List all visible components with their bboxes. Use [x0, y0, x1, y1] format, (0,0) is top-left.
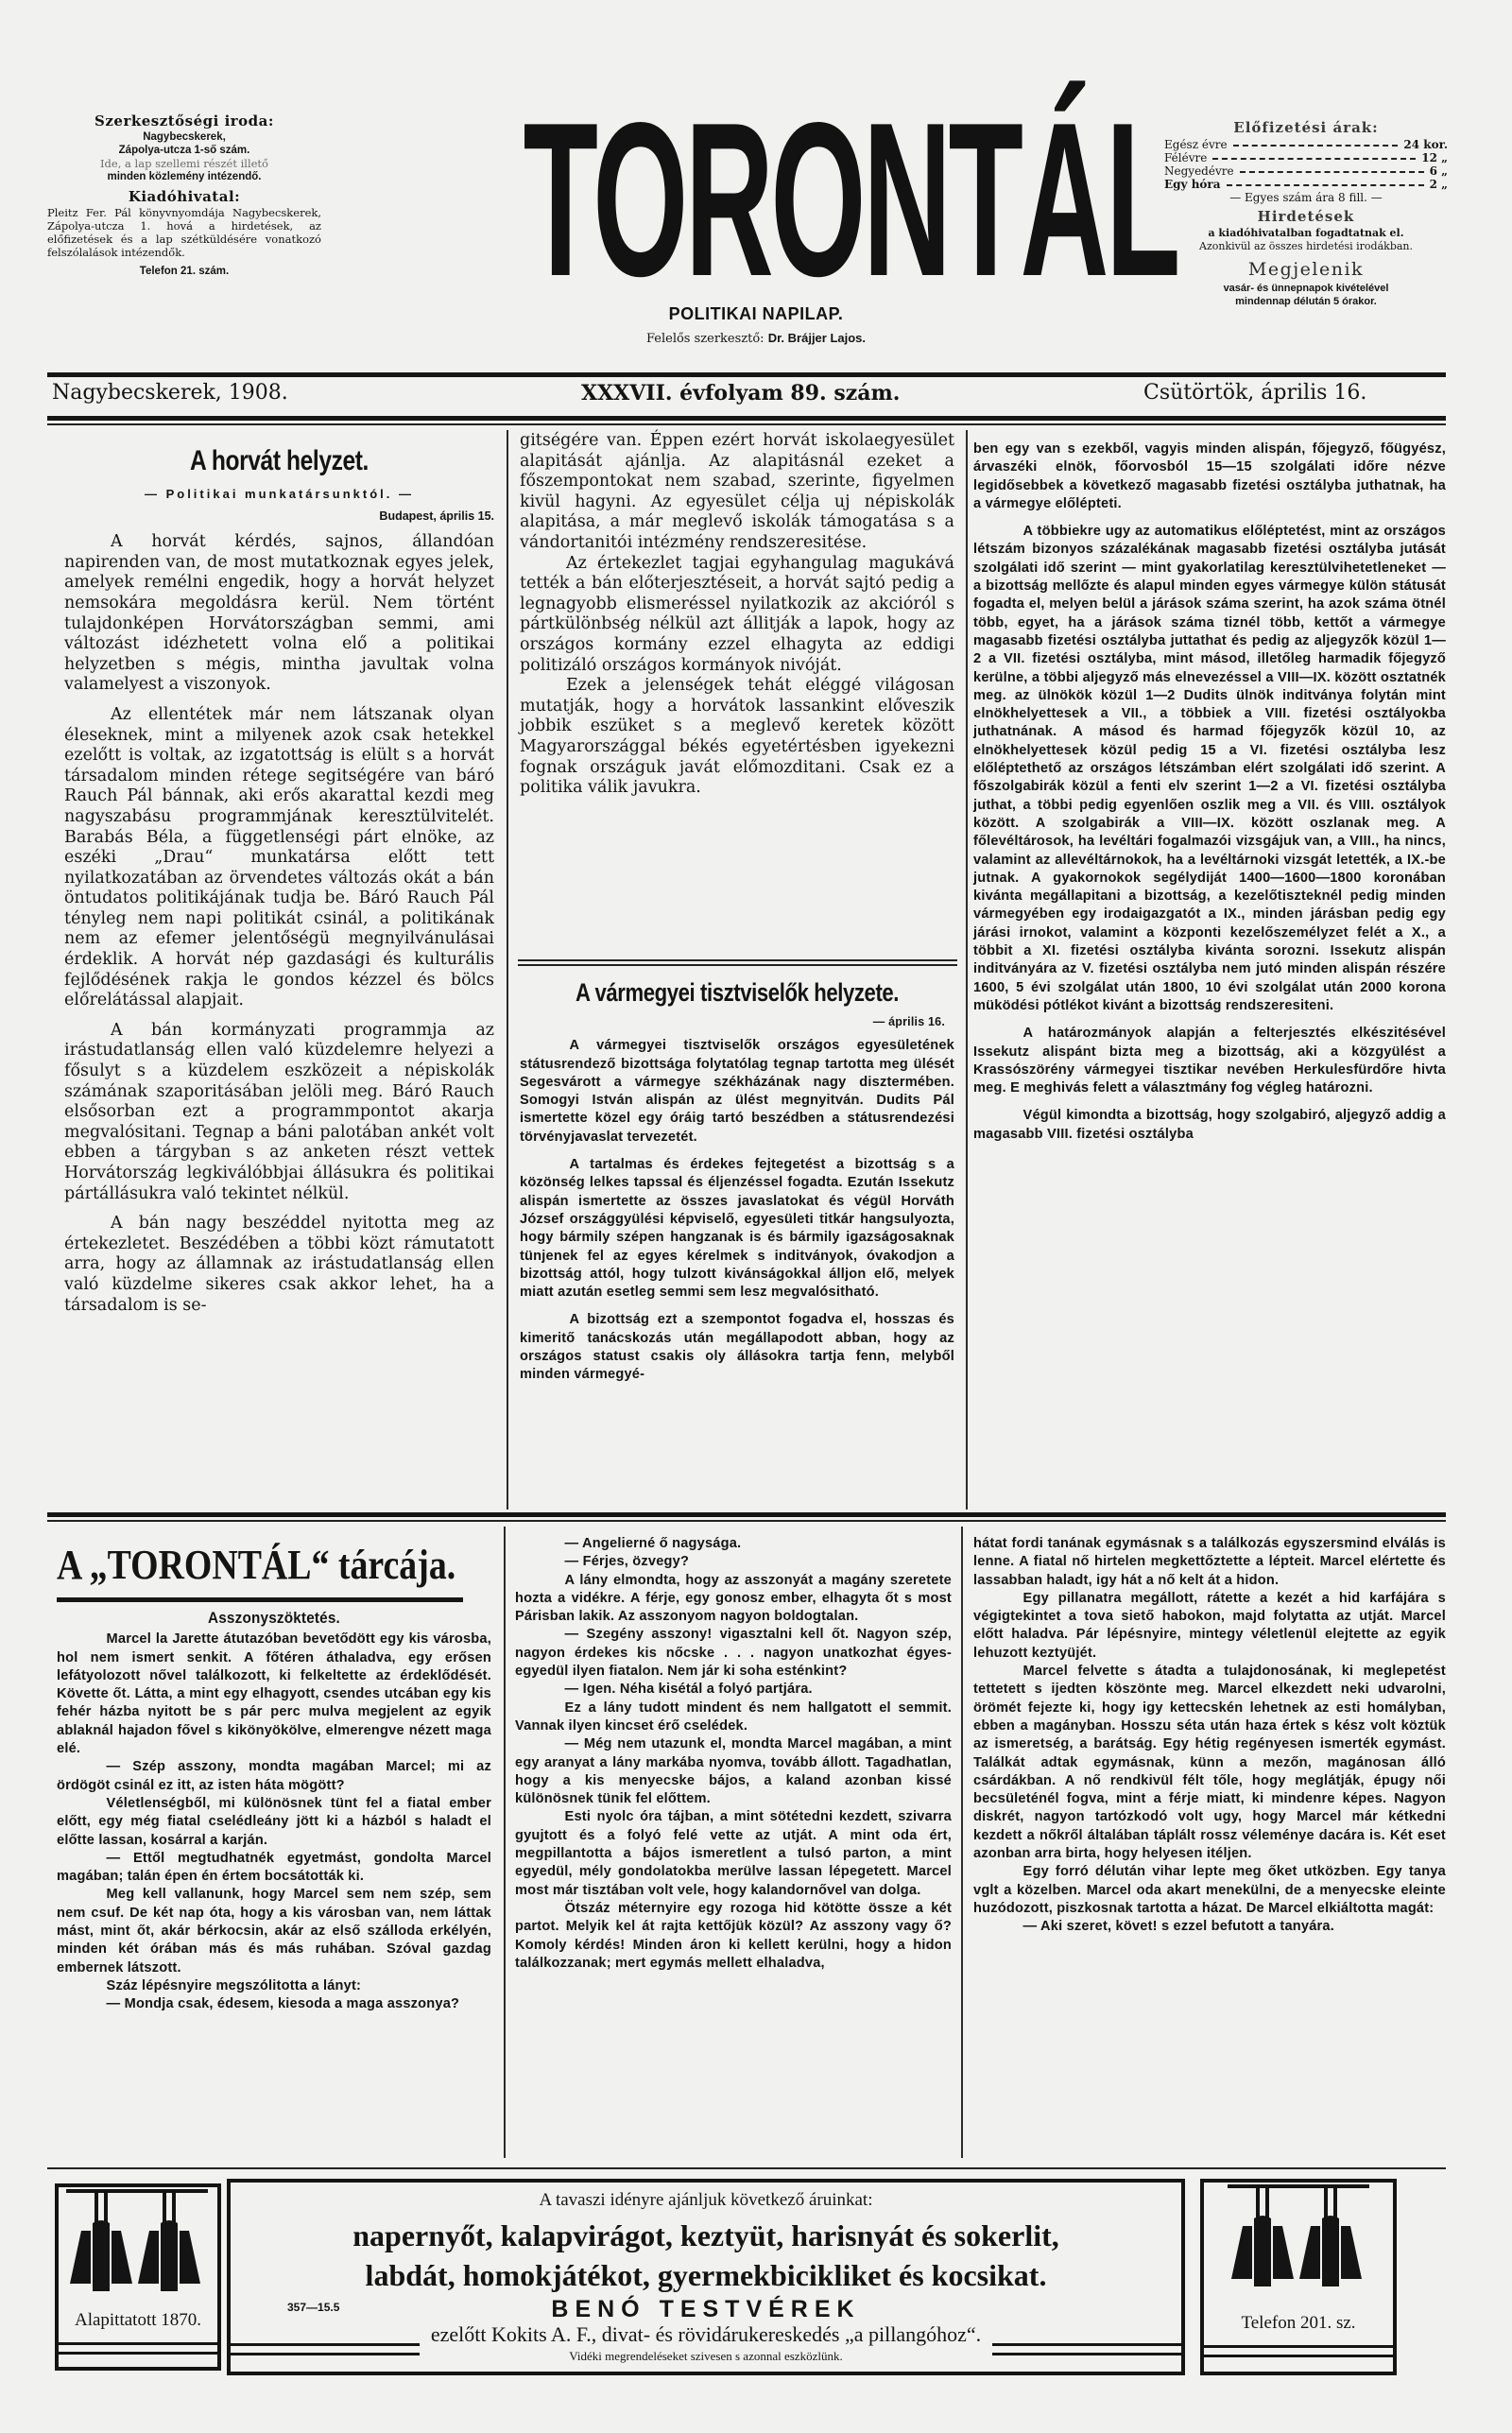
story-paragraph: — Angelierné ő nagysága. — [515, 1535, 952, 1553]
ad-main-panel: A tavaszi idényre ajánljuk következő áru… — [227, 2179, 1185, 2375]
masthead-rule — [47, 372, 1446, 377]
ads-text-2: Azonkivül az összes hirdetési irodákban. — [1164, 240, 1448, 253]
article-dateline: — április 16. — [520, 1013, 945, 1031]
feuilleton-title-rule — [57, 1597, 463, 1602]
article-paragraph: A vármegyei tisztviselők országos egyesü… — [520, 1037, 954, 1147]
prices-title: Előfizetési árak: — [1164, 117, 1448, 138]
story-paragraph: — Szegény asszony! vigasztalni kell őt. … — [515, 1626, 952, 1681]
story-title: Asszonyszöktetés. — [78, 1609, 470, 1627]
ad-footer: Vidéki megrendeléseket szivesen s azonna… — [231, 2349, 1181, 2364]
article-varmegyei-tisztviselok: A vármegyei tisztviselők helyzete. — ápr… — [520, 975, 954, 1385]
publisher-phone: Telefon 21. szám. — [47, 265, 321, 278]
article-paragraph: A határozmányok alapján a felterjesztés … — [973, 1025, 1446, 1097]
article-byline: — Politikai munkatársunktól. — — [64, 484, 494, 505]
ad-intro: A tavaszi idényre ajánljuk következő áru… — [231, 2190, 1181, 2211]
price-label: Negyedévre — [1164, 164, 1234, 178]
article-separator — [518, 964, 957, 966]
story-paragraph: Ötszáz méternyire egy rozoga hid kötötte… — [515, 1900, 952, 1973]
article-headline: A horvát helyzet. — [103, 444, 455, 478]
price-value: 2 „ — [1430, 178, 1448, 191]
ad-top-rule — [47, 2167, 1446, 2169]
story-paragraph: — Igen. Néha kisétál a folyó partjára. — [515, 1681, 952, 1699]
story-paragraph: A lány elmondta, hogy az asszonyát a mag… — [515, 1572, 952, 1627]
editorial-city: Nagybecskerek, — [47, 130, 321, 144]
editorial-address: Zápolya-utcza 1-ső szám. — [47, 144, 321, 157]
editor-line: Felelős szerkesztő: Dr. Brájjer Lajos. — [454, 331, 1058, 346]
article-paragraph: gitségére van. Éppen ezért horvát iskola… — [520, 431, 954, 554]
subscription-box: Előfizetési árak: Egész évre24 kor. Félé… — [1164, 117, 1448, 308]
ad-right-panel: Telefon 201. sz. — [1200, 2179, 1397, 2375]
column-divider — [961, 1527, 963, 2158]
story-paragraph: — Mondja csak, édesem, kiesoda a maga as… — [57, 1995, 491, 2013]
article-paragraph: A többiekre ugy az automatikus előléptet… — [973, 523, 1446, 1015]
newspaper-subtitle: POLITIKAI NAPILAP. — [454, 304, 1058, 324]
story-paragraph: Egy forró délután vihar lepte meg őket u… — [973, 1863, 1446, 1918]
price-value: 24 kor. — [1403, 138, 1448, 151]
article-paragraph: A horvát kérdés, sajnos, állandóan napir… — [64, 532, 494, 696]
ad-telephone: Telefon 201. sz. — [1204, 2313, 1393, 2334]
price-row: Egész évre24 kor. — [1164, 138, 1448, 151]
article-paragraph: Ezek a jelenségek tehát eléggé világosan… — [520, 676, 954, 799]
price-row: Negyedévre6 „ — [1164, 164, 1448, 178]
price-value: 6 „ — [1430, 164, 1448, 178]
publisher-title: Kiadóhivatal: — [47, 187, 321, 206]
appears-text-2: mindennap délután 5 órakor. — [1164, 295, 1448, 308]
article-paragraph: Végül kimondta a bizottság, hogy szolgab… — [973, 1107, 1446, 1144]
feuilleton-column-2: — Angelierné ő nagysága. — Férjes, özveg… — [515, 1535, 952, 1973]
story-paragraph: Ez a lány tudott mindent és nem hallgato… — [515, 1700, 952, 1736]
article-varmegyei-tisztviselok-continued: ben egy van s ezekből, vagyis minden ali… — [973, 440, 1446, 1144]
article-headline: A vármegyei tisztviselők helyzete. — [558, 975, 915, 1009]
dateline-rule — [47, 416, 1446, 421]
dateline-day: Csütörtök, április 16. — [1143, 381, 1366, 405]
story-paragraph: — Férjes, özvegy? — [515, 1553, 952, 1571]
article-paragraph: Az értekezlet tagjai egyhangulag magukáv… — [520, 554, 954, 677]
dateline-volume: XXXVII. évfolyam 89. szám. — [581, 381, 900, 405]
story-paragraph: Száz lépésnyire megszólitotta a lányt: — [57, 1977, 491, 1995]
ads-title: Hirdetések — [1164, 206, 1448, 227]
price-value: 12 „ — [1421, 151, 1448, 164]
ads-text-1: a kiadóhivatalban fogadtatnak el. — [1164, 227, 1448, 240]
tassel-icon — [1228, 2184, 1369, 2288]
story-paragraph: Véletlenségből, mi különösnek tünt fel a… — [57, 1795, 491, 1850]
article-paragraph: A bán nagy beszéddel nyitotta meg az ért… — [64, 1214, 494, 1316]
feuilleton-column-1: Asszonyszöktetés. Marcel la Jarette átut… — [57, 1609, 491, 2014]
story-paragraph: Marcel la Jarette átutazóban bevetődött … — [57, 1631, 491, 1758]
editorial-note-2: minden közlemény intézendő. — [47, 170, 321, 183]
editorial-office-box: Szerkesztőségi iroda: Nagybecskerek, Záp… — [47, 112, 321, 278]
ad-line-1: napernyőt, kalapvirágot, keztyüt, harisn… — [231, 2218, 1181, 2253]
tassel-icon — [66, 2189, 208, 2293]
editorial-note-1: Ide, a lap szellemi részét illető — [47, 157, 321, 170]
article-paragraph: A tartalmas és érdekes fejtegetést a biz… — [520, 1156, 954, 1302]
article-dateline: Budapest, április 15. — [64, 507, 494, 527]
story-paragraph: Esti nyolc óra tájban, a mint sötétedni … — [515, 1808, 952, 1899]
editor-name: Dr. Brájjer Lajos. — [768, 331, 866, 345]
publisher-text: Pleitz Fer. Pál könyvnyomdája Nagybecske… — [47, 206, 321, 259]
dateline-rule-thin — [47, 423, 1446, 425]
story-paragraph: — Szép asszony, mondta magában Marcel; m… — [57, 1758, 491, 1795]
ad-company-name: BENÓ TESTVÉREK — [231, 2296, 1181, 2323]
section-rule — [47, 1512, 1446, 1517]
feuilleton-section-title: A „TORONTÁL“ tárcája. — [57, 1543, 398, 1588]
story-paragraph: Egy pillanatra megállott, rátette a kezé… — [973, 1590, 1446, 1663]
editor-label: Felelős szerkesztő: — [646, 332, 765, 346]
appears-text-1: vasár- és ünnepnapok kivételével — [1164, 282, 1448, 295]
ad-line-2: labdát, homokjátékot, gyermekbicikliket … — [231, 2258, 1181, 2293]
column-divider — [507, 430, 508, 1510]
story-paragraph: Marcel felvette s átadta a tulajdonosána… — [973, 1663, 1446, 1863]
price-row: Egy hóra2 „ — [1164, 178, 1448, 191]
price-label: Félévre — [1164, 151, 1207, 164]
dateline-place-year: Nagybecskerek, 1908. — [52, 381, 288, 405]
story-paragraph: Meg kell vallanunk, hogy Marcel sem nem … — [57, 1886, 491, 1976]
section-rule-thin — [47, 1520, 1446, 1522]
column-divider — [966, 430, 968, 1510]
newspaper-title: TORONTÁL — [524, 106, 989, 295]
article-separator — [518, 959, 957, 961]
ad-reference-number: 357—15.5 — [287, 2301, 339, 2314]
story-paragraph: — Aki szeret, követ! s ezzel befutott a … — [973, 1918, 1446, 1936]
price-row: Félévre12 „ — [1164, 151, 1448, 164]
single-issue-price: — Egyes szám ára 8 fill. — — [1164, 191, 1448, 204]
appears-title: Megjelenik — [1164, 257, 1448, 282]
article-paragraph: A bán kormányzati programmja az irástuda… — [64, 1021, 494, 1204]
price-label: Egy hóra — [1164, 178, 1221, 191]
story-paragraph: — Még nem utazunk el, mondta Marcel magá… — [515, 1735, 952, 1808]
ad-founded: Alapittatott 1870. — [59, 2310, 217, 2331]
column-divider — [504, 1527, 506, 2158]
newspaper-page: Szerkesztőségi iroda: Nagybecskerek, Záp… — [0, 0, 1512, 2433]
price-label: Egész évre — [1164, 138, 1228, 151]
feuilleton-column-3: hátat fordi tanának egymásnak s a találk… — [973, 1535, 1446, 1937]
ad-left-panel: Alapittatott 1870. — [55, 2183, 221, 2371]
story-paragraph: hátat fordi tanának egymásnak s a találk… — [973, 1535, 1446, 1590]
article-paragraph: ben egy van s ezekből, vagyis minden ali… — [973, 440, 1446, 513]
story-paragraph: — Ettől megtudhatnék egyetmást, gondolta… — [57, 1850, 491, 1887]
article-horvat-helyzet: A horvát helyzet. — Politikai munkatársu… — [64, 444, 494, 1316]
article-paragraph: A bizottság ezt a szempontot fogadva el,… — [520, 1311, 954, 1384]
article-paragraph: Az ellentétek már nem látszanak olyan él… — [64, 705, 494, 1011]
article-horvat-helyzet-continued: gitségére van. Éppen ezért horvát iskola… — [520, 431, 954, 799]
editorial-office-title: Szerkesztőségi iroda: — [47, 112, 321, 130]
